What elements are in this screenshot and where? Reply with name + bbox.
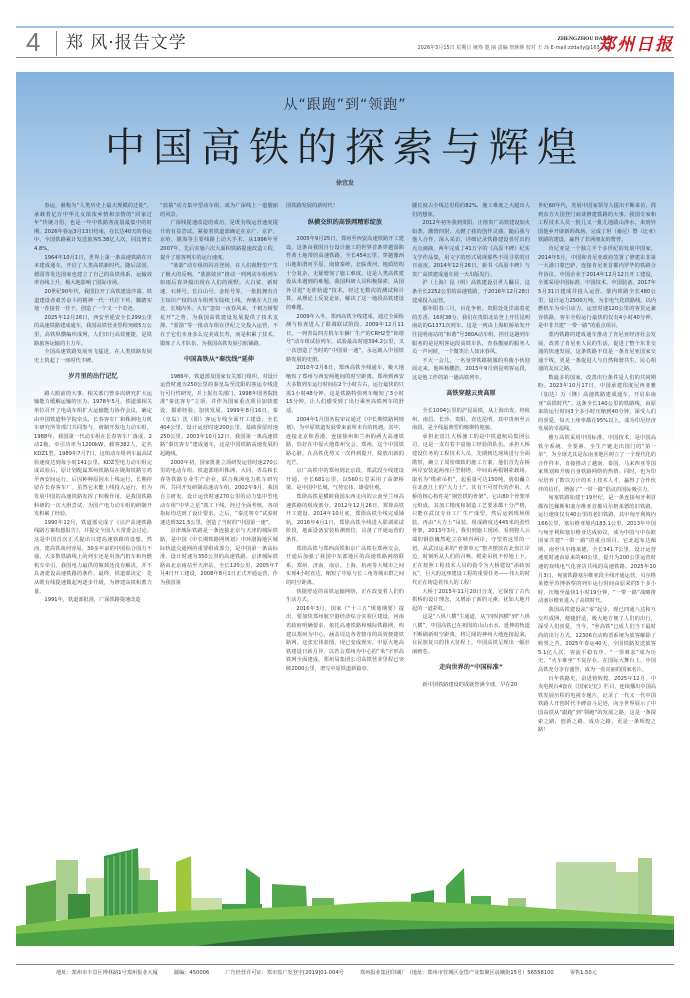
footer-address: 地址：郑州市丰景区博林路1号郑州报业大厦 [56, 969, 158, 976]
paragraph: 百年铁路史，奋进铸辉煌。2025年12月，中央电视台4套在《国家记忆》栏目，连续… [538, 675, 656, 735]
section-heading: 岁月里的出行记忆 [34, 373, 152, 382]
paragraph: 这是“八纵八横”主通道，从“四纵四横”到“八纵八横”，中国高铁已在祖国的山山水水… [412, 613, 530, 656]
paragraph: 肯尼亚是一个独立半个多世纪的发展中国家。2014年5月，中国和肯尼亚政府签署了修… [538, 245, 656, 331]
paragraph: 匈塞铁路始建于19世纪，是一条连接匈牙利首都布达佩斯和塞尔维亚首都贝尔格莱德的旧… [538, 494, 656, 606]
section-heading: 中国高铁从“秦沈线”延伸 [160, 356, 278, 365]
paragraph: 蒙内铁路的建成通车推动了肯尼亚经济社会发展，改善了肯尼亚人民的生活，促进了整个东… [538, 331, 656, 374]
article-columns: 春运，被称为“人类历史上最大规模的迁徙”，承载着亿万中华儿女浓浓乡情和亲情的“回… [34, 202, 656, 892]
paragraph: 春运，被称为“人类历史上最大规模的迁徙”，承载着亿万中华儿女浓浓乡情和亲情的“回… [34, 202, 152, 254]
paragraph: 新中国铁路建设的成就誉满全球，早在20 [412, 681, 530, 690]
paragraph: 世纪60年代，发展中国家领导人提出不断来访，找到东方大国登门商谈修建铁路的大事。… [538, 202, 656, 245]
paragraph: 京广高铁中的郑州到北京段，郑武段全线建设开通，全长681公里，以560公里采用了… [286, 467, 404, 493]
section-heading: 纵横交织的高铁网精彩绽放 [286, 219, 404, 228]
paragraph: 我国高铁建设从“零”起步，现已四通八达和互交织成网，便捷舒适，极大地方便了人们的… [538, 606, 656, 675]
city-skyline-illustration [16, 838, 674, 946]
paragraph: 数最多的国家，改善出行条件是人们的共同期盼。2023年10月17日，中国承建印度… [538, 374, 656, 434]
article-panel: 从“跟跑”到“领跑” 中国高铁的探索与辉煌 徐宜发 春运，被称为“人类历史上最大… [16, 72, 674, 942]
page-number: 4 [26, 28, 40, 56]
paragraph: 1990年12月，铁道部完成了《京沪高速铁路线路方案构想报告》，并提交全国人大常… [34, 519, 152, 596]
article-column-3: 国铁路发展的新时代！ 纵横交织的高铁网精彩绽放 2005年9月25日，郑州至西安… [286, 202, 404, 892]
paragraph: 全国高速铁路发展突飞猛进，在人类铁路发展史上筑起了一座时代丰碑。 [34, 348, 152, 365]
paragraph: 隧长度占全线总里程的82%，施工难度之大超出人们的想象。 [412, 202, 530, 219]
footer-postcode: 邮编：450006 [174, 969, 209, 976]
article-column-1: 春运，被称为“人类历史上最大规模的迁徙”，承载着亿万中华儿女浓浓乡情和亲情的“回… [34, 202, 152, 892]
article-column-5: 世纪60年代，发展中国家领导人提出不断来访，找到东方大国登门商谈修建铁路的大事。… [538, 202, 656, 892]
article-byline: 徐宜发 [16, 178, 674, 187]
paragraph: 不大一会儿，一名身穿铁路制服的英俊小伙迎面走来。他叫杨鹏浩，2015年9月到昆明… [412, 357, 530, 383]
paragraph: 国铁路发展的新时代！ [286, 202, 404, 211]
paragraph: 2009年入冬，郑西高铁全线建成，通过全面检测与检查进入了联调联试阶段。2009… [286, 313, 404, 365]
article-headline: 中国高铁的探索与辉煌 [16, 116, 674, 173]
paragraph: 2004年1月国务院审议通过《中长期铁路网规划》，为中原铁道发展带来前所未有的机… [286, 416, 404, 468]
footer-ad-license: 广告经营许可证：郑市监广发登字[2019]01-004号 [225, 969, 344, 976]
paragraph: 路人眼前的大事，相关部门曾多次研究扩大运输能力缓解运输的压力。1978年5月，铁… [34, 390, 152, 519]
paragraph: 雅万高铁采用中国标准，中国技术，是中国高铁全系统、全要素、全生产链走出国门的“第… [538, 434, 656, 494]
paragraph: 全长1004公里的沪昆高铁，从上海出发，经杭州、南昌、长沙、贵阳，直达昆明。其中… [412, 407, 530, 433]
footer-price: 零售1.50元 [570, 969, 597, 976]
section-heading: 走向世界的“中国标准” [412, 664, 530, 673]
section-title: 郑 风·报告文学 [66, 32, 187, 54]
paragraph: 京津城际铁路是一条连接北京与天津的城际铁路，是中国《中长期铁路网规划》中环渤海地… [160, 527, 278, 587]
paragraph: 1986年，铁道部及国家有关部门组织，对设计运营时速为250公里的秦皇岛至沈阳的… [160, 373, 278, 459]
paragraph: 1991年，铁道部批准，广深铁路提速改造 [34, 596, 152, 605]
paragraph: 2005年9月25日，郑州至西安高速铁路开工建设。这条由我国自行设计施工的世界首… [286, 235, 404, 312]
paragraph: 那年阳春三月，百花争艳，贵阳处处洋溢着花的芳香。16时38分，我们在贵阳北站登上… [412, 305, 530, 357]
paragraph: 郑徐高铁与郑西高铁和京广高铁在郑州交会，开通后加强了我国中东部地区的高速铁路网络… [286, 545, 404, 588]
article-column-4: 隧长度占全线总里程的82%，施工难度之大超出人们的想象。 2012年初冬我到贵阳… [412, 202, 530, 892]
paragraph: 沪（上海）昆（明）高铁建设引世人瞩目，这条全长2252公里的高速铁路，于2016… [412, 279, 530, 305]
footer-printer: 郑州报业集团印刷厂（地址：郑州市管城区金岱产业集聚区晨曦街15号）5655810… [360, 969, 554, 976]
page-footer: 地址：郑州市丰景区博林路1号郑州报业大厦 邮编：450006 广告经营许可证：郑… [16, 964, 674, 980]
article-column-2: “蓝箭”动力集中型动车组，成为广深线上一道靓丽的风景。 广深线提速改造的成功，是… [160, 202, 278, 892]
paragraph: 2025年12月26日，西安至延安全长299公里的高速铁路建成通车，我国高铁营业… [34, 314, 152, 348]
paragraph: 2010年2月6日，郑西高铁全线通车，极大地缩短了郑州与西安两地间的时空距离。郑… [286, 364, 404, 416]
masthead-bottom-rule [16, 57, 674, 58]
page-number-divider [56, 31, 57, 56]
paragraph: 2012年初冬我到贵阳，正值贵广高铁建设如火如荼，激情四射，点燃了我的创作灵感。… [412, 219, 530, 279]
masthead: 4 郑 风·报告文学 ZHENGZHOU DAILY 2026年3月15日 星期… [16, 26, 674, 58]
paper-logo: 郑州日报 [598, 30, 674, 55]
paragraph: 郑徐高铁是横跨我国东西走向的云南至兰州高速铁路的组成部分。2012年12月26日… [286, 493, 404, 545]
paragraph: “蓝箭”动车组的闪亮登场，在人们视野里产生了极大的反响，“蓝箭效应”推动一列列动… [160, 262, 278, 348]
article-kicker: 从“跟跑”到“领跑” [16, 94, 674, 114]
paragraph: 20世纪90年代，我国拉开了高铁建设序幕。铁道建设者艰苦奋斗的精神一代一代往下传… [34, 288, 152, 314]
paragraph: 承担北盘江大桥施工的是中铁道航局集团公司，这是一支有着丰富施工经验的队伍。承担大… [412, 433, 530, 588]
masthead-top-rule [16, 26, 674, 28]
paragraph: “蓝箭”动力集中型动车组，成为广深线上一道靓丽的风景。 [160, 202, 278, 219]
dateline: 2026年3月15日 星期日 统筹 楚 丽 责编 詹蒋蒋 校对 王 玮 E-ma… [417, 44, 612, 51]
paragraph: 1964年10月1日，世界上第一条高速铁路在日本建成通车，开启了人类高铁新时代。… [34, 254, 152, 288]
section-heading: 高铁穿越云贵高原 [412, 390, 530, 399]
paragraph: 2000年初，国家批准立项研发运营时速270公里的电动车组。铁道部组织株洲、大同… [160, 459, 278, 528]
paragraph: 广深线提速改造的成功，是既有线运营速度提升的有益尝试。紧接着铁道部确定在京广、京… [160, 219, 278, 262]
paragraph: 大桥于2015年11月20日合龙，它保留了古代拱桥的设计理念，又增添了新的元素，… [412, 588, 530, 614]
paragraph: 快捷舒适的高铁运输网络，正在改变着人们的生活方式。 [286, 588, 404, 605]
paragraph: 2016年3月，国家《“十三五”规划纲要》提出，要加快郑州航空港经济综合实验区建… [286, 605, 404, 674]
